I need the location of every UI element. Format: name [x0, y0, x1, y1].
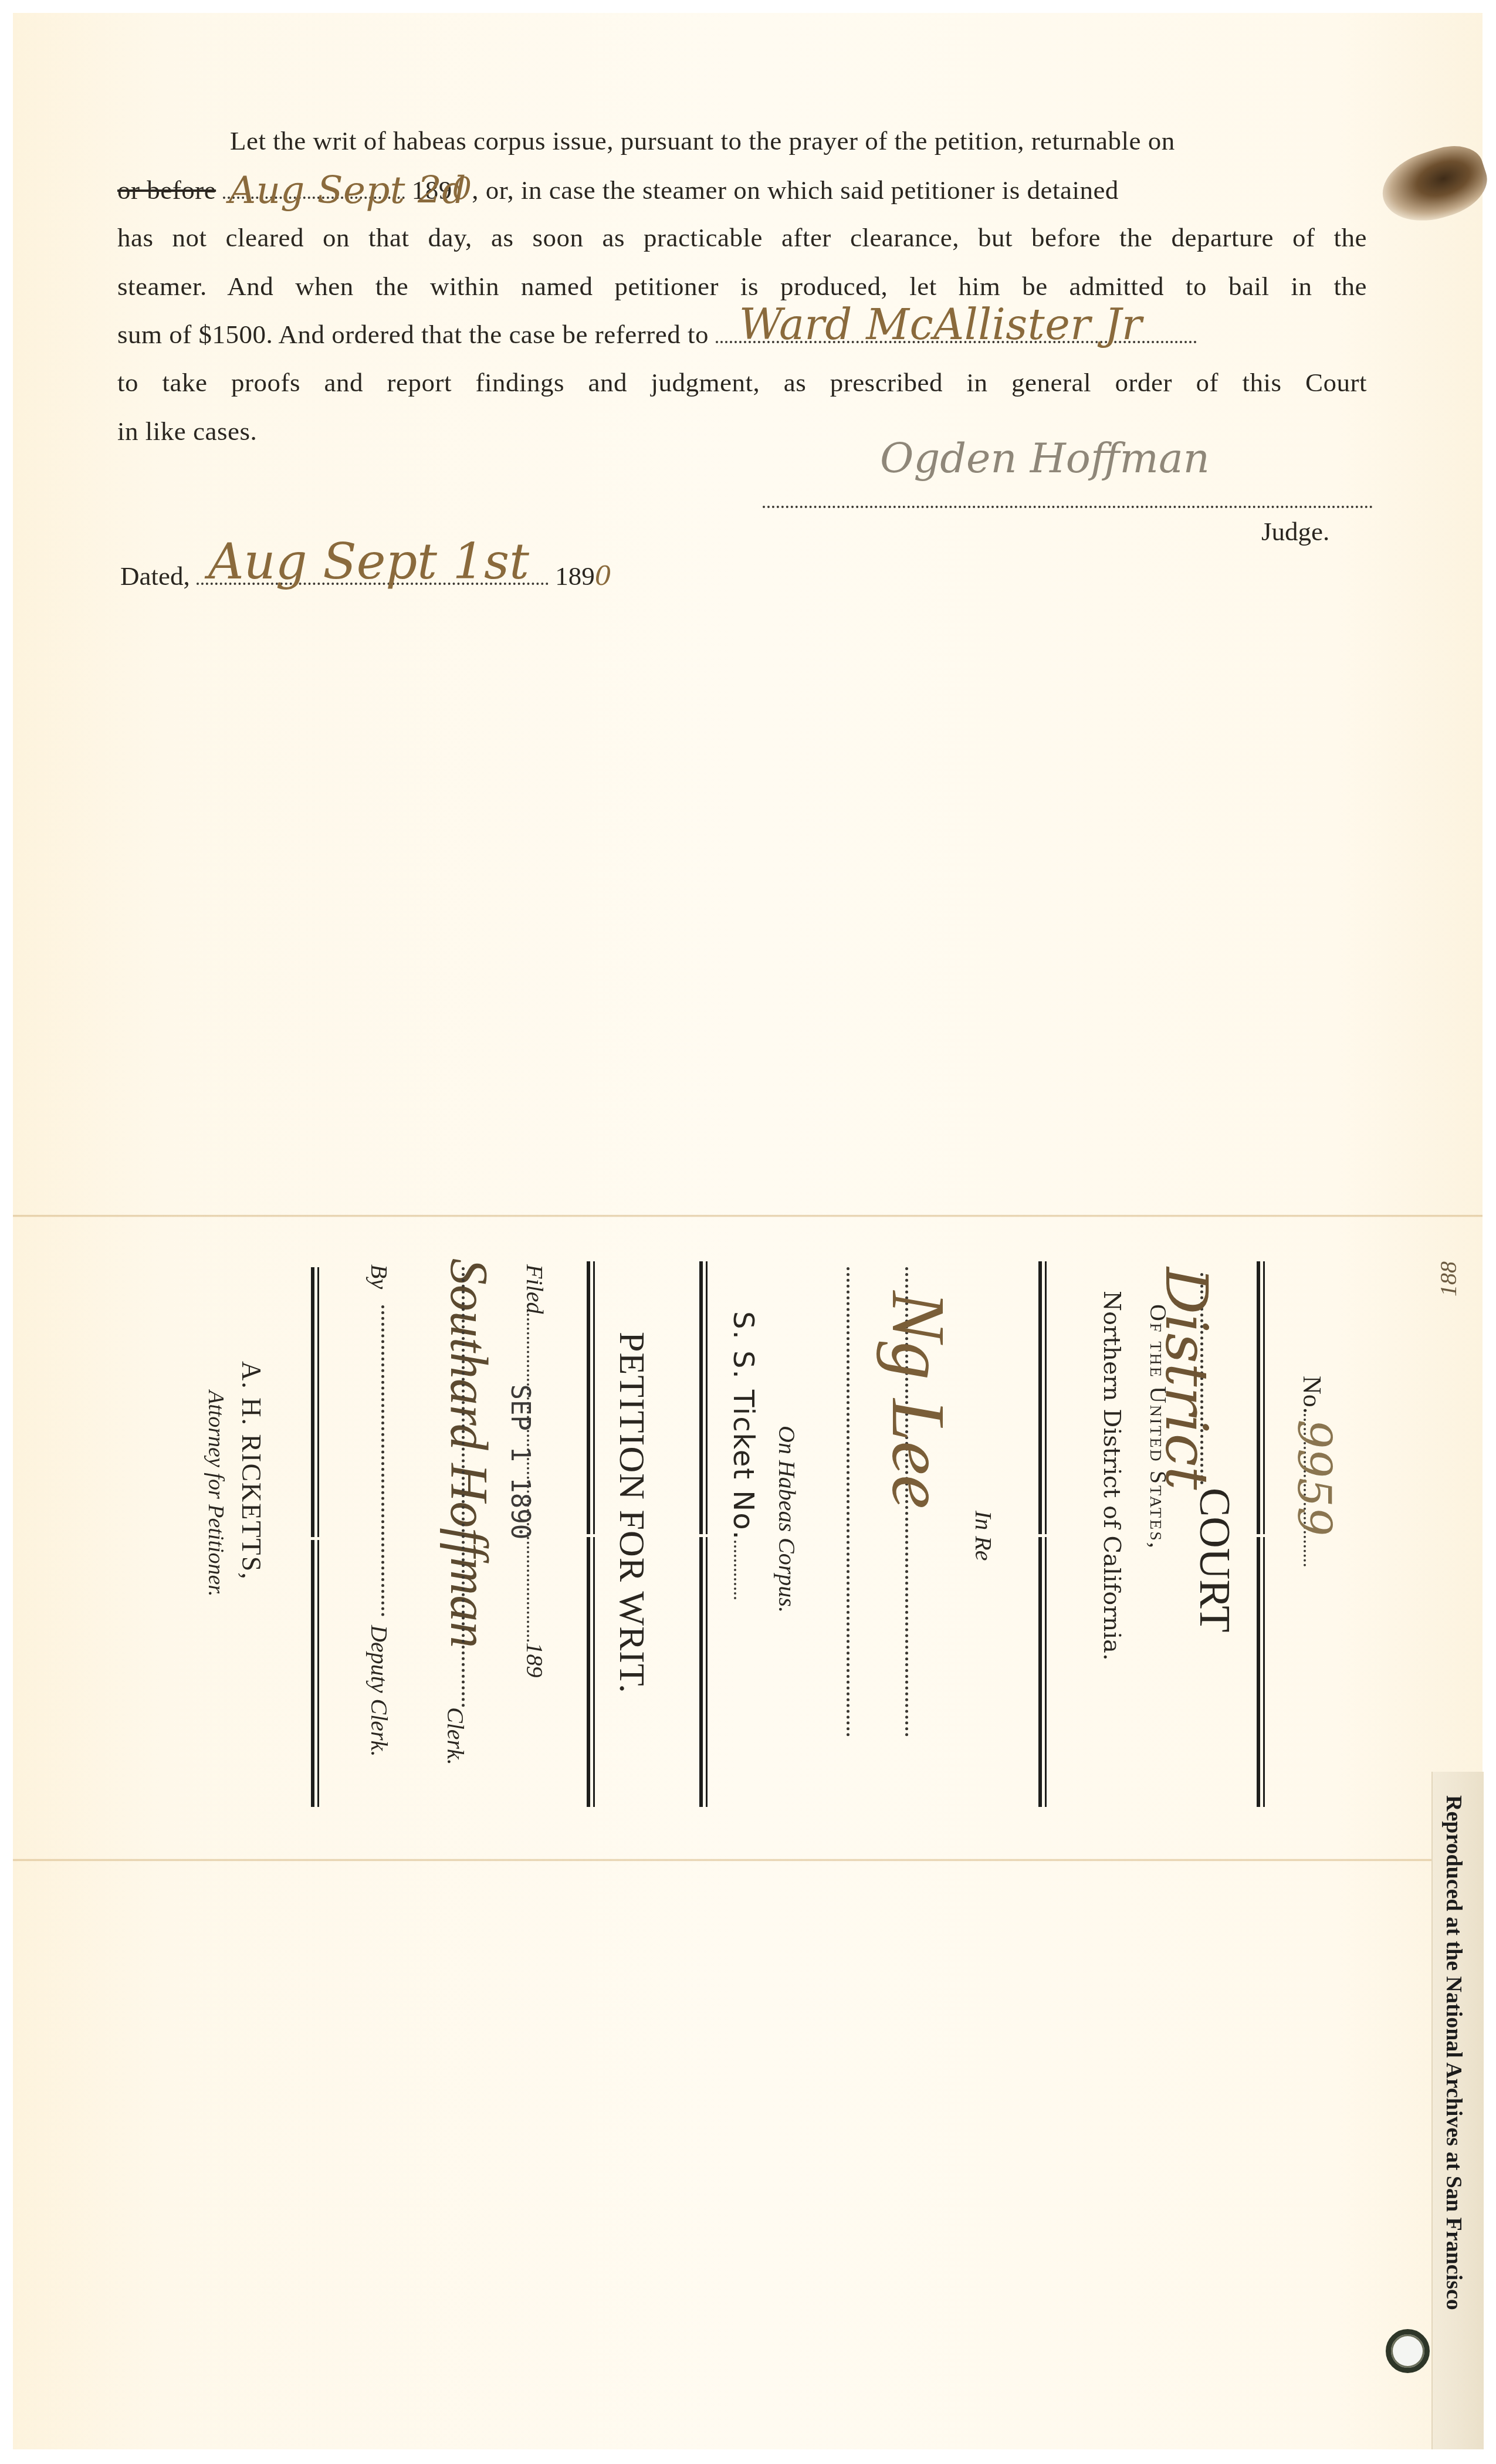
fold-line-upper	[13, 1214, 1483, 1217]
deputy-clerk-label: Deputy Clerk.	[365, 1625, 393, 1756]
case-number-row: No.9959	[1297, 1376, 1327, 1566]
order-line-4: steamer. And when the within named petit…	[117, 269, 1367, 304]
filed-label: Filed	[522, 1264, 548, 1314]
double-rule-1b	[1257, 1537, 1265, 1807]
order-line-6: to take proofs and report findings and j…	[117, 365, 1367, 400]
court-label: COURT	[1190, 1488, 1238, 1632]
double-rule-2a	[1038, 1261, 1047, 1534]
judge-signature: Ogden Hoffman	[880, 434, 1210, 482]
double-rule-3b	[699, 1537, 708, 1807]
double-rule-3a	[699, 1261, 708, 1534]
margin-note: 188	[1434, 1261, 1462, 1297]
grommet-hole-icon	[1386, 2329, 1430, 2373]
attorney-name: A. H. RICKETTS,	[236, 1361, 267, 1580]
dated-handwritten: Aug Sept 1st	[208, 533, 529, 590]
ticket-number-field	[734, 1541, 736, 1599]
on-habeas-corpus: On Habeas Corpus.	[773, 1426, 801, 1613]
of-the-united-states: Of the United States,	[1145, 1304, 1172, 1550]
ticket-label: S. S. Ticket No.	[727, 1311, 760, 1541]
archive-stamp: Reproduced at the National Archives at S…	[1441, 1795, 1467, 2310]
ticket-row: S. S. Ticket No.	[727, 1311, 760, 1599]
clerk-line	[462, 1267, 465, 1707]
in-re-label: In Re	[970, 1511, 997, 1561]
deputy-clerk-line	[381, 1305, 384, 1616]
double-rule-4b	[587, 1537, 595, 1807]
referee-handwritten: Ward McAllister Jr	[739, 307, 1142, 342]
double-rule-5b	[311, 1540, 319, 1807]
double-rule-1a	[1257, 1261, 1265, 1534]
fold-line-lower	[13, 1859, 1483, 1861]
dated-label: Dated,	[120, 561, 190, 591]
petition-title: PETITION FOR WRIT.	[611, 1332, 652, 1694]
court-type-field: District	[1200, 1273, 1203, 1484]
dated-year-suffix: 0	[595, 560, 612, 591]
clerk-signature: Southard Hoffman	[438, 1258, 499, 1648]
order-line-2: or before Aug Sept 2d 1890, or, in case …	[117, 171, 1367, 208]
attorney-role: Attorney for Petitioner.	[203, 1390, 229, 1596]
or-before-label: or before	[117, 175, 216, 205]
case-number-handwritten: 9959	[1287, 1420, 1340, 1536]
district-label: Northern District of California.	[1098, 1291, 1125, 1661]
judge-label: Judge.	[1261, 516, 1329, 547]
judge-signature-line	[763, 506, 1373, 508]
filed-row: FiledSEP 1 1890189	[521, 1264, 549, 1677]
return-date-field: Aug Sept 2d	[223, 197, 405, 199]
order-line-2-text: or, in case the steamer on which said pe…	[486, 175, 1119, 205]
dated-year-prefix: 189	[555, 561, 595, 591]
case-number-label: No.	[1298, 1376, 1326, 1414]
petitioner-name-line-2	[847, 1267, 849, 1737]
referee-field: Ward McAllister Jr	[716, 341, 1197, 343]
double-rule-5a	[311, 1267, 319, 1537]
court-row: DistrictCOURT	[1189, 1273, 1239, 1632]
order-line-5: sum of $1500. And ordered that the case …	[117, 317, 1367, 352]
double-rule-4a	[587, 1261, 595, 1534]
dated-row: Dated, Aug Sept 1st 1890	[120, 560, 611, 591]
clerk-label: Clerk.	[442, 1707, 469, 1765]
by-label: By	[365, 1264, 393, 1289]
order-line-3: has not cleared on that day, as soon as …	[117, 220, 1367, 255]
case-number-field: 9959	[1304, 1414, 1306, 1566]
petitioner-name-handwritten: Ng Lee	[874, 1291, 962, 1509]
filed-year: 189	[522, 1642, 548, 1677]
order-line-5-text: sum of $1500. And ordered that the case …	[117, 320, 709, 349]
filed-stamp: SEP 1 1890	[505, 1384, 535, 1539]
order-line-1: Let the writ of habeas corpus issue, pur…	[230, 123, 1367, 158]
filed-date-field: SEP 1 1890	[527, 1314, 529, 1642]
return-date-handwritten: Aug Sept 2d	[229, 173, 466, 208]
dated-field: Aug Sept 1st	[197, 583, 549, 585]
double-rule-2b	[1038, 1537, 1047, 1807]
